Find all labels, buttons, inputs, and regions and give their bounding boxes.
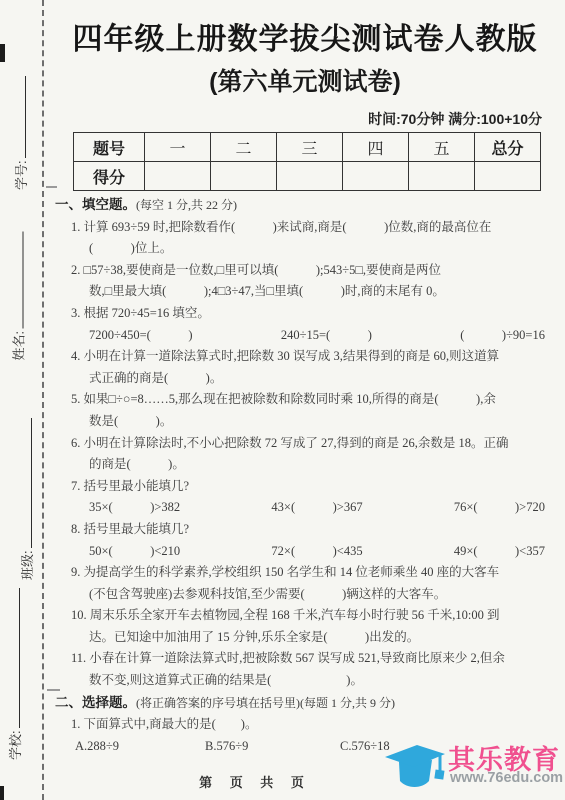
score-cell-empty <box>475 162 541 191</box>
choice-option: C.576÷18 <box>340 736 390 758</box>
paper-subtitle: (第六单元测试卷) <box>55 62 555 98</box>
score-cell-empty <box>277 162 343 191</box>
question-line: 1. 下面算式中,商最大的是( )。 <box>55 714 557 736</box>
score-row-label: 得分 <box>74 162 145 191</box>
section-title: 一、填空题。 <box>55 197 136 212</box>
score-table-header-cell: 一 <box>145 133 211 162</box>
score-cell-empty <box>145 162 211 191</box>
question-line: 数是( )。 <box>55 411 557 433</box>
question-line: 6. 小明在计算除法时,不小心把除数 72 写成了 27,得到的商是 26,余数… <box>55 433 557 455</box>
question-line: 10. 周末乐乐全家开车去植物园,全程 168 千米,汽车每小时行驶 56 千米… <box>55 605 557 627</box>
equation: ( )÷90=16 <box>460 325 545 347</box>
blank-line <box>8 588 20 728</box>
graduation-cap-icon <box>384 740 446 798</box>
score-cell-empty <box>409 162 475 191</box>
paper-title: 四年级上册数学拔尖测试卷人教版 <box>55 14 555 58</box>
choice-option: B.576÷9 <box>205 736 340 758</box>
publisher-logo: 其乐教育 www.76edu.com <box>384 738 564 798</box>
field-school: 学校: <box>5 570 23 760</box>
score-table-header-cell: 五 <box>409 133 475 162</box>
field-label: 学校: <box>5 730 24 760</box>
question-line: 2. □57÷38,要使商是一位数,□里可以填( );543÷5□,要使商是两位 <box>55 260 557 282</box>
equation: 240÷15=( ) <box>281 325 372 347</box>
question-line: 达。已知途中加油用了 15 分钟,乐乐全家是( )出发的。 <box>55 627 557 649</box>
fold-dashed-line <box>42 0 44 800</box>
question-line: 3. 根据 720÷45=16 填空。 <box>55 303 557 325</box>
equation: 50×( )<210 <box>89 541 180 563</box>
equation: 76×( )>720 <box>454 497 545 519</box>
score-table-header-cell: 总分 <box>475 133 541 162</box>
scan-edge-mark <box>0 786 4 800</box>
score-table: 题号 一 二 三 四 五 总分 得分 <box>73 132 541 191</box>
score-table-header-cell: 题号 <box>74 133 145 162</box>
field-student-number: 学号: <box>11 60 29 190</box>
question-line: ( )位上。 <box>55 238 557 260</box>
score-cell-empty <box>343 162 409 191</box>
field-class: 班级: <box>17 400 35 580</box>
question-line: 5. 如果□÷○=8……5,那么现在把被除数和除数同时乘 10,所得的商是( )… <box>55 389 557 411</box>
equation: 35×( )>382 <box>89 497 180 519</box>
score-table-header-cell: 四 <box>343 133 409 162</box>
score-cell-empty <box>211 162 277 191</box>
blank-line <box>14 76 26 158</box>
field-label: 姓名: <box>8 331 27 361</box>
section-1-heading: 一、填空题。(每空 1 分,共 22 分) <box>55 194 557 217</box>
equation-row: 7200÷450=( ) 240÷15=( ) ( )÷90=16 <box>55 325 557 347</box>
equation-row: 50×( )<210 72×( )<435 49×( )<357 <box>55 541 557 563</box>
score-table-header-row: 题号 一 二 三 四 五 总分 <box>74 133 541 162</box>
field-name: 姓名: <box>9 216 27 361</box>
question-line: (不包含驾驶座)去参观科技馆,至少需要( )辆这样的大客车。 <box>55 584 557 606</box>
question-line: 数,□里最大填( );4□3÷47,当□里填( )时,商的末尾有 0。 <box>55 281 557 303</box>
question-body: 一、填空题。(每空 1 分,共 22 分) 1. 计算 693÷59 时,把除数… <box>55 194 557 757</box>
section-score-note: (将正确答案的序号填在括号里)(每题 1 分,共 9 分) <box>136 696 395 710</box>
question-line: 1. 计算 693÷59 时,把除数看作( )来试商,商是( )位数,商的最高位… <box>55 217 557 239</box>
equation-row: 35×( )>382 43×( )>367 76×( )>720 <box>55 497 557 519</box>
blank-line <box>20 418 32 548</box>
time-score-info: 时间:70分钟 满分:100+10分 <box>55 109 542 129</box>
question-line: 9. 为提高学生的科学素养,学校组织 150 名学生和 14 位老师乘坐 40 … <box>55 562 557 584</box>
logo-website-url: www.76edu.com <box>450 770 564 786</box>
question-line: 数不变,则这道算式正确的结果是( )。 <box>55 670 557 692</box>
score-table-header-cell: 二 <box>211 133 277 162</box>
question-line: 11. 小春在计算一道除法算式时,把被除数 567 误写成 521,导致商比原来… <box>55 648 557 670</box>
field-label: 学号: <box>11 160 30 190</box>
equation: 49×( )<357 <box>454 541 545 563</box>
question-line: 4. 小明在计算一道除法算式时,把除数 30 误写成 3,结果得到的商是 60,… <box>55 346 557 368</box>
scan-edge-mark <box>0 44 5 62</box>
question-line: 7. 括号里最小能填几? <box>55 476 557 498</box>
choice-option: A.288÷9 <box>75 736 205 758</box>
equation: 72×( )<435 <box>271 541 362 563</box>
equation: 7200÷450=( ) <box>89 325 193 347</box>
question-line: 8. 括号里最大能填几? <box>55 519 557 541</box>
section-title: 二、选择题。 <box>55 695 136 710</box>
score-table-score-row: 得分 <box>74 162 541 191</box>
score-table-header-cell: 三 <box>277 133 343 162</box>
blank-line <box>12 232 24 329</box>
scan-artifact-dash <box>46 186 57 188</box>
question-line: 式正确的商是( )。 <box>55 368 557 390</box>
section-2-heading: 二、选择题。(将正确答案的序号填在括号里)(每题 1 分,共 9 分) <box>55 692 557 715</box>
equation: 43×( )>367 <box>271 497 362 519</box>
section-score-note: (每空 1 分,共 22 分) <box>136 198 237 212</box>
question-line: 的商是( )。 <box>55 454 557 476</box>
